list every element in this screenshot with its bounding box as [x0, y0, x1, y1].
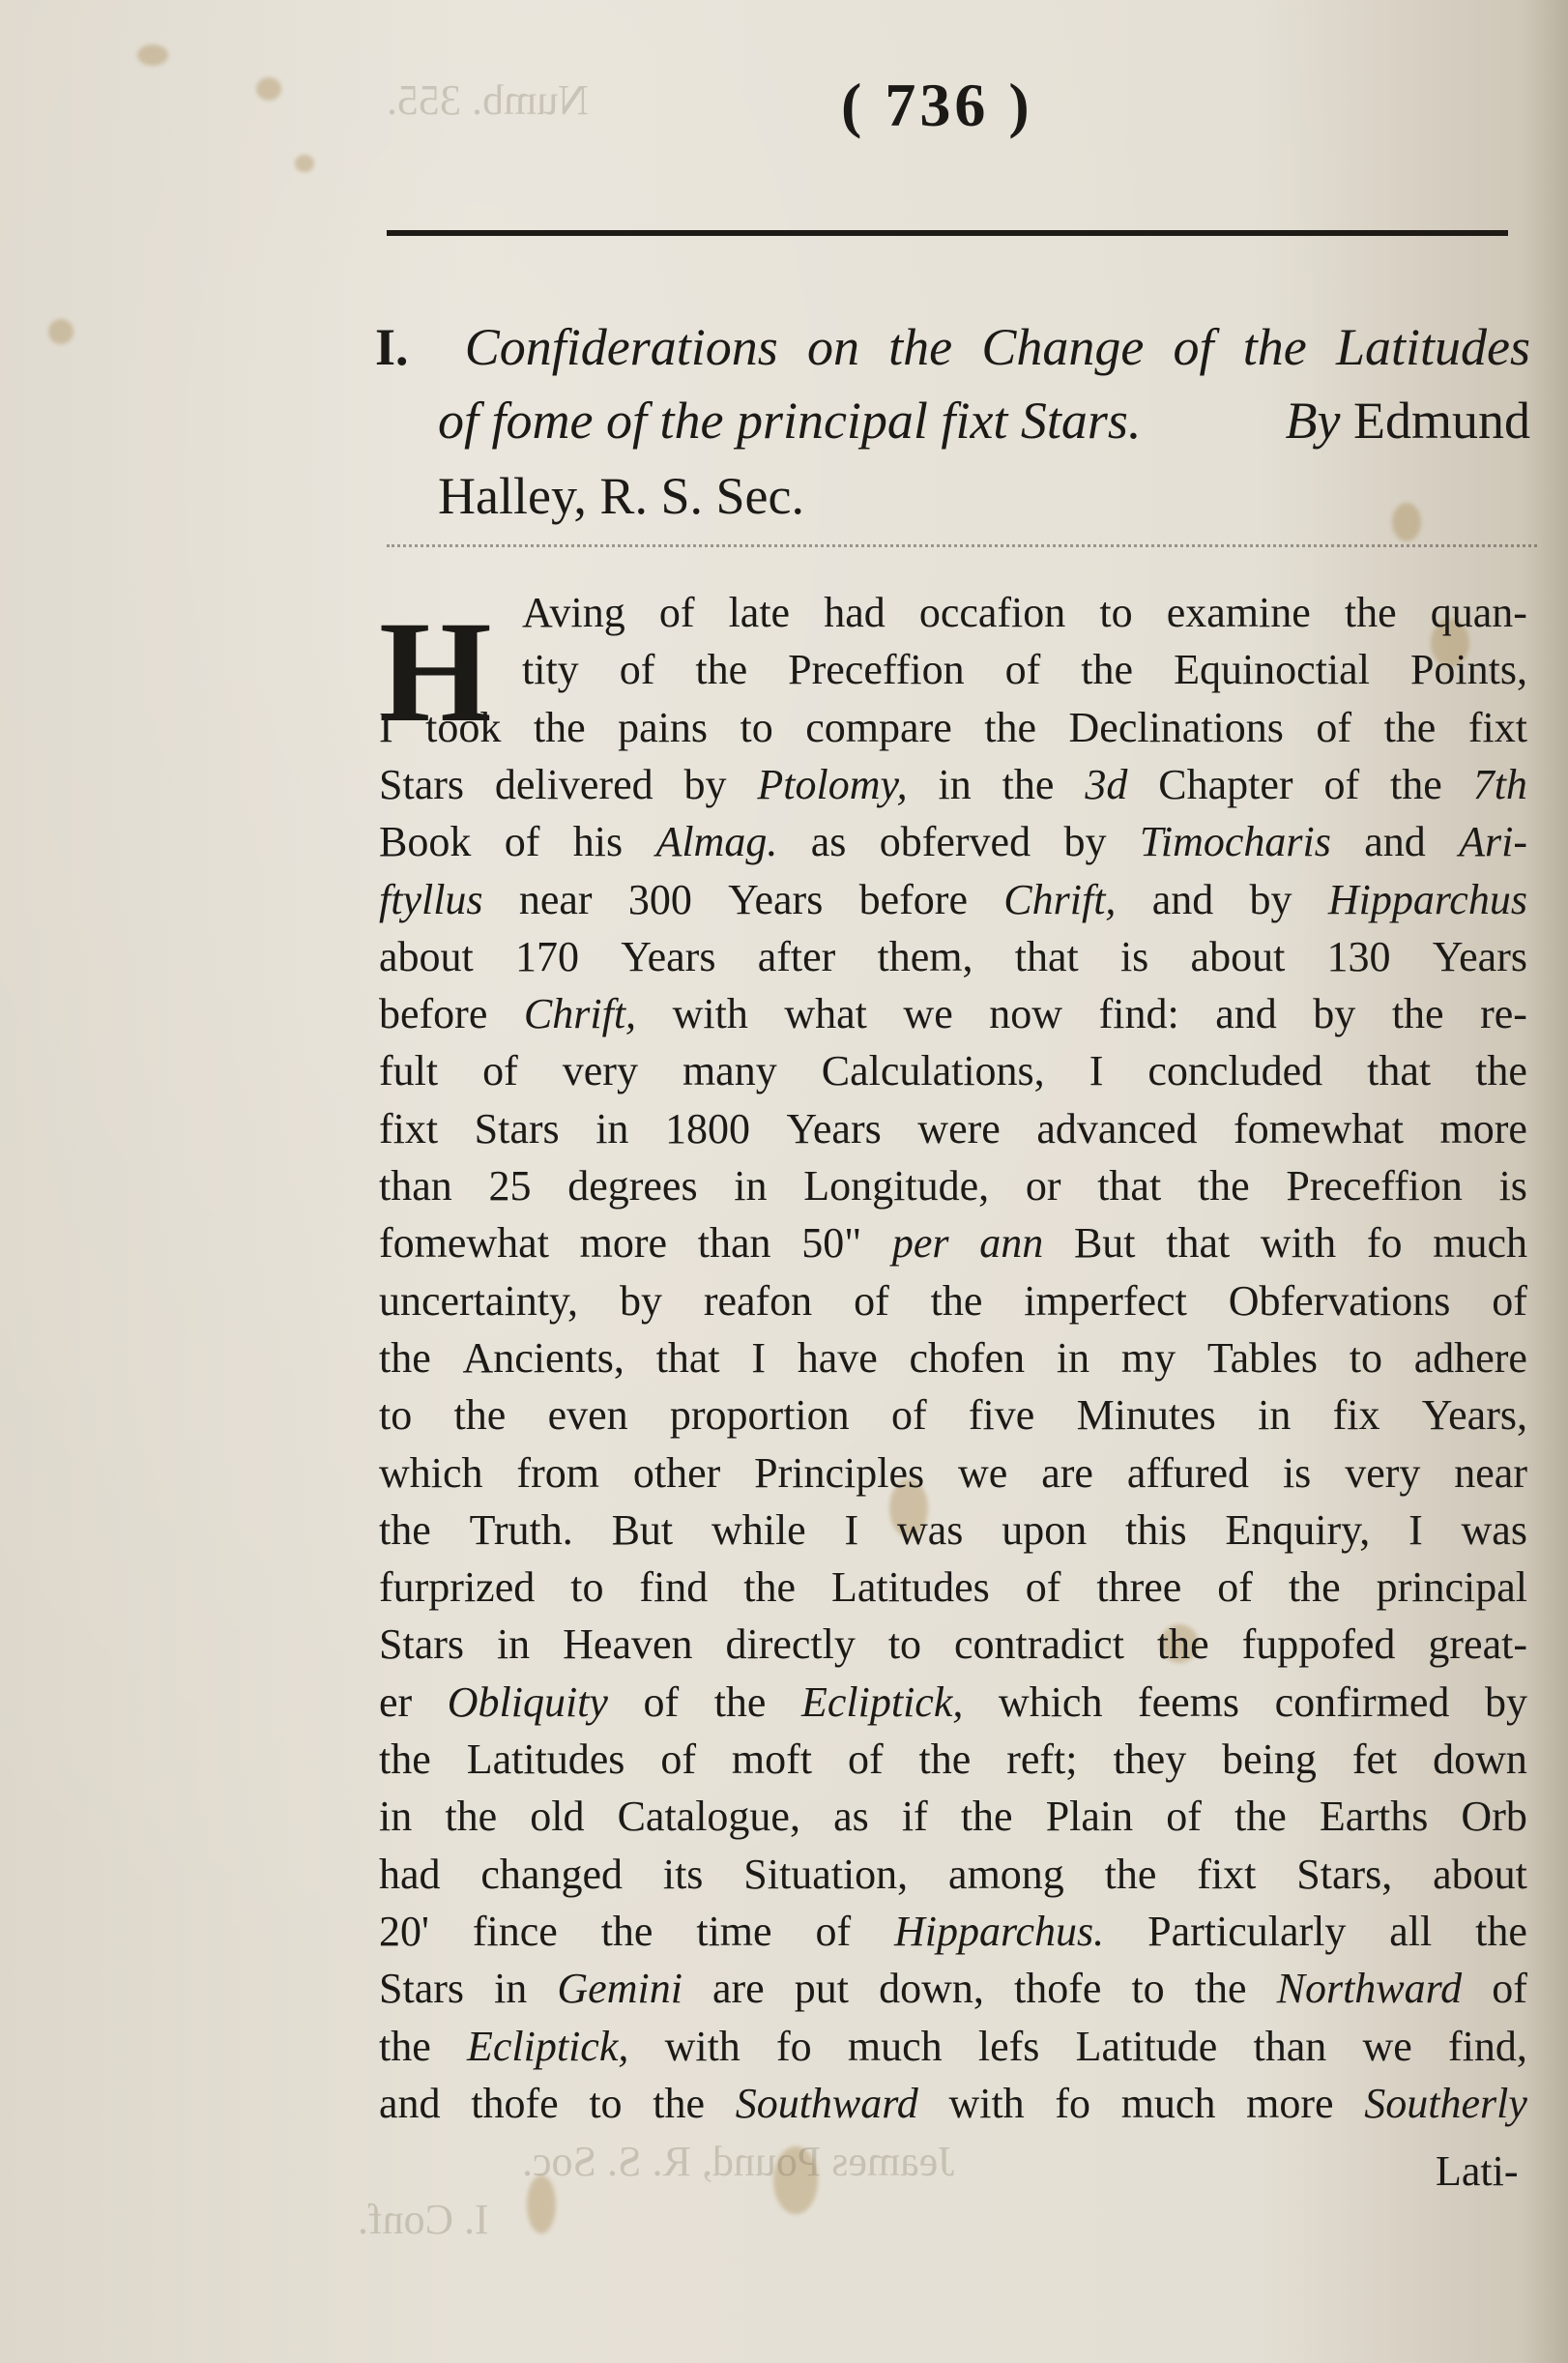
- word: Calculations,: [822, 1050, 1045, 1093]
- word: Equinoctial: [1174, 649, 1370, 691]
- word: about: [1433, 1853, 1527, 1896]
- word: Points,: [1410, 649, 1527, 691]
- word: if: [902, 1795, 928, 1838]
- word: I: [751, 1337, 766, 1380]
- word: the: [1392, 993, 1444, 1036]
- title-word: Confiderations: [465, 321, 778, 373]
- word: pains: [618, 707, 708, 749]
- word: while: [711, 1509, 806, 1552]
- foxing-spot: [256, 77, 281, 101]
- word: had: [379, 1853, 441, 1896]
- word: Preceffion: [1286, 1165, 1462, 1208]
- word: Stars,: [1296, 1853, 1392, 1896]
- word: his: [573, 821, 623, 863]
- word: Obfervations: [1229, 1280, 1451, 1323]
- word: in: [939, 764, 972, 806]
- word: But: [1074, 1222, 1136, 1265]
- text-line: ItookthepainstocomparetheDeclinationsoft…: [379, 707, 1527, 749]
- word: Timocharis: [1140, 821, 1331, 863]
- word: concluded: [1147, 1050, 1322, 1093]
- word: But: [612, 1509, 674, 1552]
- word: quan-: [1431, 592, 1527, 634]
- word: the: [1081, 649, 1133, 691]
- word: before: [859, 879, 968, 921]
- title-line-2: of fome of the principal fixt Stars. By …: [438, 394, 1530, 447]
- text-line: andthofetotheSouthwardwithfomuchmoreSout…: [379, 2083, 1527, 2125]
- word: the: [379, 1738, 431, 1781]
- word: Enquiry,: [1225, 1509, 1370, 1552]
- word: have: [798, 1337, 878, 1380]
- word: other: [633, 1452, 720, 1495]
- word: the: [653, 2083, 705, 2125]
- word: the: [454, 1394, 507, 1437]
- word: of: [1217, 1566, 1253, 1609]
- text-line: BookofhisAlmag.asobfervedbyTimocharisand…: [379, 821, 1527, 863]
- word: to: [570, 1566, 603, 1609]
- word: by: [1485, 1681, 1527, 1724]
- word: near: [1454, 1452, 1527, 1495]
- word: Heaven: [563, 1623, 692, 1666]
- word: changed: [480, 1853, 623, 1896]
- foxing-spot: [137, 44, 168, 66]
- word: of: [1492, 1968, 1527, 2010]
- word: as: [833, 1795, 869, 1838]
- word: now: [989, 993, 1062, 1036]
- word: is: [1120, 936, 1148, 978]
- word: to: [1131, 1968, 1164, 2010]
- word: much: [848, 2026, 943, 2068]
- word: Ancients,: [462, 1337, 624, 1380]
- foxing-spot: [48, 319, 73, 344]
- word: old: [530, 1795, 584, 1838]
- catchword: Lati-: [1436, 2146, 1519, 2196]
- text-line: fomewhatmorethan50"perannButthatwithfomu…: [379, 1222, 1527, 1265]
- word: of: [1026, 1566, 1061, 1609]
- word: fuppofed: [1242, 1623, 1396, 1666]
- word: Catalogue,: [618, 1795, 800, 1838]
- word: in: [1258, 1394, 1291, 1437]
- word: being: [1222, 1738, 1317, 1781]
- word: moft: [732, 1738, 812, 1781]
- word: what: [784, 993, 867, 1036]
- word: put: [795, 1968, 849, 2010]
- word: are: [712, 1968, 765, 2010]
- text-line: whichfromotherPrinciplesweareaffuredisve…: [379, 1452, 1527, 1495]
- word: near: [519, 879, 593, 921]
- word: than: [1253, 2026, 1326, 2068]
- word: fult: [379, 1050, 438, 1093]
- word: directly: [725, 1623, 855, 1666]
- document-page: Numb. 355. Jeames Pound, R. S. Soc. I. C…: [0, 0, 1568, 2363]
- word: affured: [1127, 1452, 1249, 1495]
- word: they: [1113, 1738, 1186, 1781]
- word: 130: [1327, 936, 1391, 978]
- word: examine: [1167, 592, 1311, 634]
- word: is: [1283, 1452, 1311, 1495]
- foxing-spot: [295, 155, 314, 172]
- title-word: Change: [981, 321, 1144, 373]
- word: Chrift,: [524, 993, 636, 1036]
- word: fixt: [379, 1108, 438, 1151]
- word: about: [1191, 936, 1286, 978]
- word: of: [815, 1911, 851, 1953]
- word: that: [1097, 1165, 1161, 1208]
- title-word: the: [1243, 321, 1307, 373]
- word: in: [734, 1165, 767, 1208]
- word: to: [1350, 1337, 1382, 1380]
- text-line: StarsinHeavendirectlytocontradictthefupp…: [379, 1623, 1527, 1666]
- word: much: [1121, 2083, 1216, 2125]
- word: furprized: [379, 1566, 535, 1609]
- word: Orb: [1461, 1795, 1526, 1838]
- word: that: [656, 1337, 720, 1380]
- word: was: [897, 1509, 963, 1552]
- word: the: [1345, 592, 1397, 634]
- word: of: [1492, 1280, 1527, 1323]
- text-line: tityofthePreceffionoftheEquinoctialPoint…: [522, 649, 1527, 691]
- header-rule: [387, 230, 1508, 236]
- word: late: [729, 592, 791, 634]
- word: fince: [473, 1911, 558, 1953]
- word: had: [824, 592, 886, 634]
- word: 170: [515, 936, 579, 978]
- word: and: [1364, 821, 1426, 863]
- word: re-: [1480, 993, 1527, 1036]
- word: the: [1002, 764, 1055, 806]
- word: the: [984, 707, 1036, 749]
- byline-by: By: [1286, 392, 1341, 450]
- word: Ecliptick,: [801, 1681, 963, 1724]
- word: Almag.: [655, 821, 777, 863]
- text-line: StarsdeliveredbyPtolomy,inthe3dChapterof…: [379, 764, 1527, 806]
- word: five: [969, 1394, 1034, 1437]
- title-word: on: [807, 321, 859, 373]
- word: I: [379, 707, 393, 749]
- title-word: of: [1174, 321, 1214, 373]
- text-line: theLatitudesofmoftofthereft;theybeingfet…: [379, 1738, 1527, 1781]
- word: after: [758, 936, 836, 978]
- text-line: StarsinGeminiareputdown,thofetotheNorthw…: [379, 1968, 1527, 2010]
- word: Truth.: [470, 1509, 573, 1552]
- word: about: [379, 936, 474, 978]
- word: we: [1362, 2026, 1411, 2068]
- word: the: [919, 1738, 972, 1781]
- word: that: [1015, 936, 1079, 978]
- word: find:: [1099, 993, 1179, 1036]
- word: the: [931, 1280, 983, 1323]
- word: which: [379, 1452, 483, 1495]
- word: ftyllus: [379, 879, 483, 921]
- word: thofe: [1014, 1968, 1101, 2010]
- word: this: [1125, 1509, 1187, 1552]
- word: fo: [1367, 1222, 1403, 1265]
- word: down: [1433, 1738, 1527, 1781]
- word: to: [888, 1623, 921, 1666]
- word: from: [516, 1452, 599, 1495]
- word: delivered: [495, 764, 653, 806]
- word: by: [1313, 993, 1355, 1036]
- word: Declinations: [1069, 707, 1284, 749]
- word: its: [663, 1853, 704, 1896]
- word: were: [917, 1108, 1001, 1151]
- word: Latitudes: [831, 1566, 990, 1609]
- word: by: [1063, 821, 1106, 863]
- word: fix: [1333, 1394, 1380, 1437]
- text-line: hadchangeditsSituation,amongthefixtStars…: [379, 1853, 1527, 1896]
- word: my: [1121, 1337, 1176, 1380]
- text-line: theAncients,thatIhavechofeninmyTablestoa…: [379, 1337, 1527, 1380]
- word: Ecliptick,: [467, 2026, 628, 2068]
- word: adhere: [1414, 1337, 1527, 1380]
- word: Minutes: [1077, 1394, 1216, 1437]
- word: very: [563, 1050, 638, 1093]
- word: that: [1367, 1050, 1431, 1093]
- word: in: [1057, 1337, 1089, 1380]
- word: the: [1390, 764, 1442, 806]
- word: with: [665, 2026, 740, 2068]
- text-line: theTruth.ButwhileIwasuponthisEnquiry,Iwa…: [379, 1509, 1527, 1552]
- word: er: [379, 1681, 412, 1724]
- word: time: [696, 1911, 771, 1953]
- word: 25: [488, 1165, 531, 1208]
- word: 7th: [1473, 764, 1527, 806]
- word: Gemini: [557, 1968, 682, 2010]
- word: down,: [879, 1968, 984, 2010]
- word: feems: [1138, 1681, 1239, 1724]
- word: find,: [1448, 2026, 1527, 2068]
- word: Hipparchus.: [894, 1911, 1104, 1953]
- word: Chrift,: [1003, 879, 1116, 921]
- word: per: [892, 1222, 949, 1265]
- word: Hipparchus: [1328, 879, 1527, 921]
- word: of: [854, 1280, 889, 1323]
- foxing-spot: [1392, 503, 1421, 541]
- word: of: [1323, 764, 1359, 806]
- word: Situation,: [743, 1853, 908, 1896]
- word: the: [601, 1911, 653, 1953]
- word: the: [445, 1795, 497, 1838]
- word: in: [497, 1623, 530, 1666]
- word: the: [961, 1795, 1013, 1838]
- word: Plain: [1046, 1795, 1133, 1838]
- word: Northward: [1277, 1968, 1463, 2010]
- word: fomewhat: [379, 1222, 549, 1265]
- word: of: [620, 649, 655, 691]
- word: to: [740, 707, 773, 749]
- word: was: [1462, 1509, 1527, 1552]
- text-line: Avingoflatehadoccafiontoexaminethequan-: [522, 592, 1527, 634]
- word: of: [660, 1738, 696, 1781]
- word: Southward: [736, 2083, 918, 2125]
- word: Stars: [475, 1108, 560, 1151]
- word: the: [714, 1681, 767, 1724]
- word: took: [425, 707, 501, 749]
- word: the: [1289, 1566, 1341, 1609]
- word: of: [659, 592, 695, 634]
- word: fet: [1352, 1738, 1397, 1781]
- word: the: [1475, 1911, 1527, 1953]
- word: Stars: [379, 1968, 464, 2010]
- word: great-: [1428, 1623, 1527, 1666]
- text-line: intheoldCatalogue,asifthePlainoftheEarth…: [379, 1795, 1527, 1838]
- word: Aving: [522, 592, 625, 634]
- word: ann: [979, 1222, 1043, 1265]
- word: upon: [1002, 1509, 1087, 1552]
- word: fo: [776, 2026, 812, 2068]
- word: reafon: [704, 1280, 812, 1323]
- word: confirmed: [1275, 1681, 1450, 1724]
- title-word: Latitudes: [1336, 321, 1530, 373]
- word: the: [1157, 1623, 1209, 1666]
- word: fomewhat: [1234, 1108, 1404, 1151]
- text-line: than25degreesinLongitude,orthatthePrecef…: [379, 1165, 1527, 1208]
- title-rule: [387, 544, 1537, 547]
- word: is: [1499, 1165, 1527, 1208]
- word: with: [1261, 1222, 1336, 1265]
- word: than: [379, 1165, 452, 1208]
- word: Earths: [1320, 1795, 1428, 1838]
- word: of: [1166, 1795, 1202, 1838]
- word: in: [494, 1968, 527, 2010]
- text-line: furprizedtofindtheLatitudesofthreeofthep…: [379, 1566, 1527, 1609]
- word: Particularly: [1147, 1911, 1346, 1953]
- text-line: ftyllusnear300YearsbeforeChrift,andbyHip…: [379, 879, 1527, 921]
- word: of: [891, 1394, 927, 1437]
- title-subject: of fome of the principal fixt Stars.: [438, 394, 1141, 447]
- word: Book: [379, 821, 471, 863]
- word: which: [999, 1681, 1103, 1724]
- word: the: [695, 649, 747, 691]
- text-line: 20'fincethetimeofHipparchus.Particularly…: [379, 1911, 1527, 1953]
- word: in: [595, 1108, 628, 1151]
- bleed-through-text: Numb. 355.: [387, 75, 589, 125]
- word: among: [948, 1853, 1064, 1896]
- word: Ari-: [1459, 821, 1527, 863]
- title-line-3: Halley, R. S. Sec.: [438, 470, 804, 522]
- word: or: [1026, 1165, 1061, 1208]
- word: all: [1389, 1911, 1432, 1953]
- word: than: [698, 1222, 771, 1265]
- word: I: [845, 1509, 859, 1552]
- word: the: [1105, 1853, 1157, 1896]
- word: we: [903, 993, 952, 1036]
- word: as: [811, 821, 847, 863]
- word: more: [580, 1222, 667, 1265]
- word: many: [682, 1050, 777, 1093]
- text-line: totheevenproportionoffiveMinutesinfixYea…: [379, 1394, 1527, 1437]
- word: reft;: [1006, 1738, 1077, 1781]
- word: 300: [628, 879, 692, 921]
- word: before: [379, 993, 487, 1036]
- word: very: [1345, 1452, 1420, 1495]
- word: to: [589, 2083, 622, 2125]
- word: of: [505, 821, 540, 863]
- word: them,: [878, 936, 973, 978]
- text-line: beforeChrift,withwhatwenowfind:andbyther…: [379, 993, 1527, 1036]
- word: three: [1096, 1566, 1181, 1609]
- word: more: [1246, 2083, 1333, 2125]
- word: to: [1099, 592, 1132, 634]
- text-line: theEcliptick,withfomuchlefsLatitudethanw…: [379, 2026, 1527, 2068]
- word: lefs: [978, 2026, 1040, 2068]
- word: imperfect: [1024, 1280, 1187, 1323]
- word: Years: [728, 879, 823, 921]
- word: Southerly: [1364, 2083, 1527, 2125]
- word: find: [639, 1566, 708, 1609]
- word: by: [620, 1280, 662, 1323]
- word: Preceffion: [788, 649, 964, 691]
- word: Tables: [1207, 1337, 1318, 1380]
- word: proportion: [670, 1394, 850, 1437]
- word: Stars: [379, 764, 464, 806]
- word: fo: [1055, 2083, 1090, 2125]
- word: of: [1005, 649, 1041, 691]
- text-line: fultofverymanyCalculations,Iconcludedtha…: [379, 1050, 1527, 1093]
- word: the: [1198, 1165, 1250, 1208]
- word: Years,: [1422, 1394, 1527, 1437]
- word: Years: [787, 1108, 882, 1151]
- word: Longitude,: [803, 1165, 989, 1208]
- word: even: [548, 1394, 628, 1437]
- word: occafion: [919, 592, 1065, 634]
- text-line: fixtStarsin1800Yearswereadvancedfomewhat…: [379, 1108, 1527, 1151]
- title-word: the: [888, 321, 952, 373]
- word: of: [482, 1050, 518, 1093]
- word: contradict: [954, 1623, 1124, 1666]
- bleed-through-text: Jeames Pound, R. S. Soc.: [522, 2137, 954, 2186]
- word: compare: [805, 707, 951, 749]
- word: obferved: [880, 821, 1031, 863]
- word: with: [673, 993, 748, 1036]
- bleed-through-text: I. Conf.: [358, 2195, 489, 2244]
- page-number: ( 736 ): [841, 70, 1033, 141]
- word: the: [1195, 1968, 1247, 2010]
- word: the: [379, 2026, 431, 2068]
- word: 20': [379, 1911, 429, 1953]
- word: and: [379, 2083, 441, 2125]
- word: advanced: [1036, 1108, 1197, 1151]
- author-first-name: Edmund: [1353, 392, 1530, 450]
- word: 3d: [1085, 764, 1127, 806]
- word: fixt: [1468, 707, 1527, 749]
- word: the: [534, 707, 586, 749]
- word: uncertainty,: [379, 1280, 578, 1323]
- text-line: uncertainty,byreafonoftheimperfectObferv…: [379, 1280, 1527, 1323]
- word: the: [379, 1337, 431, 1380]
- word: the: [1384, 707, 1437, 749]
- word: and: [1152, 879, 1214, 921]
- word: Latitude: [1076, 2026, 1218, 2068]
- word: chofen: [909, 1337, 1025, 1380]
- word: much: [1433, 1222, 1527, 1265]
- word: 50": [801, 1222, 861, 1265]
- word: I: [1089, 1050, 1104, 1093]
- word: in: [379, 1795, 412, 1838]
- word: Latitudes: [467, 1738, 625, 1781]
- text-line: about170Yearsafterthem,thatisabout130Yea…: [379, 936, 1527, 978]
- word: with: [948, 2083, 1024, 2125]
- text-line: erObliquityoftheEcliptick,whichfeemsconf…: [379, 1681, 1527, 1724]
- word: Obliquity: [448, 1681, 608, 1724]
- word: Years: [621, 936, 715, 978]
- word: the: [1234, 1795, 1287, 1838]
- word: that: [1166, 1222, 1230, 1265]
- word: 1800: [665, 1108, 750, 1151]
- word: Years: [1433, 936, 1527, 978]
- word: more: [1440, 1108, 1527, 1151]
- word: I: [1408, 1509, 1423, 1552]
- word: and: [1215, 993, 1277, 1036]
